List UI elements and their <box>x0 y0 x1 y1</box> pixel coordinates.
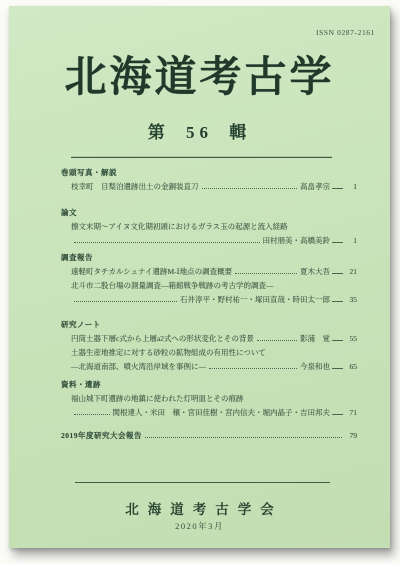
toc-item-authors: 夏木大吾 <box>300 267 330 278</box>
toc-item-title-line: 擦文末期～アイヌ文化期初頭におけるガラス玉の起源と流入経路 <box>61 222 357 233</box>
toc-item-authors-line: 関根達人・米田 穣・宮田佳樹・宮内信夫・堀内晶子・吉田邦夫 71 <box>61 408 357 419</box>
section-heading: 研究ノート <box>61 320 357 331</box>
toc-section-frontispiece: 巻頭写真・解説 枝幸町 目梨泊遺跡出土の金銅装直刀 高畠孝宗 1 <box>61 168 357 192</box>
toc-item-authors: 高畠孝宗 <box>300 182 330 193</box>
dot-leader <box>209 368 297 369</box>
issn-label: ISSN 0287-2161 <box>316 28 375 37</box>
top-divider <box>71 156 332 158</box>
dot-leader <box>145 437 342 438</box>
journal-title: 北海道考古学 <box>9 44 390 104</box>
dash-leader <box>332 188 343 189</box>
table-of-contents: 巻頭写真・解説 枝幸町 目梨泊遺跡出土の金銅装直刀 高畠孝宗 1 論文 擦文末期… <box>61 164 357 445</box>
dash-leader <box>332 273 343 274</box>
toc-item-authors-line: 石井淳平・野村祐一・塚田直哉・時田太一郎 35 <box>61 295 357 306</box>
toc-item-title: 擦文末期～アイヌ文化期初頭におけるガラス玉の起源と流入経路 <box>71 222 288 233</box>
toc-section-survey-reports: 調査報告 遠軽町タチカルシュナイ遺跡M-Ⅰ地点の調査概要 夏木大吾 21 北斗市… <box>61 253 357 305</box>
toc-item-authors: 田村朋美・高橋美鈴 <box>263 236 331 247</box>
toc-section-papers: 論文 擦文末期～アイヌ文化期初頭におけるガラス玉の起源と流入経路 田村朋美・高橋… <box>61 208 357 246</box>
toc-item-subtitle: ―北海道南部、噴火湾沿岸域を事例に― <box>71 362 206 373</box>
toc-item-page: 65 <box>345 362 357 373</box>
journal-cover: ISSN 0287-2161 北海道考古学 第 56 輯 巻頭写真・解説 枝幸町… <box>9 6 390 548</box>
dot-leader <box>235 273 297 274</box>
toc-item-page: 1 <box>345 236 357 247</box>
dash-leader <box>332 242 343 243</box>
toc-item-subtitle-line: ―北海道南部、噴火湾沿岸域を事例に― 今泉和也 65 <box>61 362 357 373</box>
dot-leader <box>74 242 260 243</box>
toc-section-research-notes: 研究ノート 円筒土器下層c式から上層a2式への形状変化とその背景 影浦 覚 55… <box>61 320 357 372</box>
toc-section-materials-sites: 資料・遺跡 福山城下町遺跡の地鎮に使われた灯明皿とその痕跡 関根達人・米田 穣・… <box>61 380 357 418</box>
publish-date: 2020年3月 <box>9 520 390 532</box>
dash-leader <box>332 368 343 369</box>
section-heading: 論文 <box>61 208 357 219</box>
toc-item: 2019年度研究大会報告 79 <box>61 431 357 442</box>
toc-item-title: 遠軽町タチカルシュナイ遺跡M-Ⅰ地点の調査概要 <box>71 267 232 278</box>
toc-item-title-line: 福山城下町遺跡の地鎮に使われた灯明皿とその痕跡 <box>61 394 357 405</box>
toc-item-title: 円筒土器下層c式から上層a2式への形状変化とその背景 <box>71 334 254 345</box>
bottom-divider <box>75 482 330 483</box>
toc-section-annual-meeting-report: 2019年度研究大会報告 79 <box>61 431 357 442</box>
toc-item-title: 枝幸町 目梨泊遺跡出土の金銅装直刀 <box>71 182 199 193</box>
dot-leader <box>202 188 298 189</box>
section-heading: 巻頭写真・解説 <box>61 168 357 179</box>
toc-item-page: 79 <box>345 431 357 442</box>
section-heading: 調査報告 <box>61 253 357 264</box>
toc-item-title-line: 北斗市二股台場の測量調査―箱館戦争戦跡の考古学的調査― <box>61 281 357 292</box>
volume-label: 第 56 輯 <box>9 118 390 143</box>
dot-leader <box>257 340 297 341</box>
toc-item-page: 35 <box>345 295 357 306</box>
dash-leader <box>332 414 343 415</box>
toc-item-authors: 今泉和也 <box>300 362 330 373</box>
toc-item-page: 71 <box>345 408 357 419</box>
dash-leader <box>332 301 343 302</box>
section-heading: 資料・遺跡 <box>61 380 357 391</box>
toc-item-authors-line: 田村朋美・高橋美鈴 1 <box>61 236 357 247</box>
toc-item-title: 2019年度研究大会報告 <box>61 431 142 442</box>
toc-item: 枝幸町 目梨泊遺跡出土の金銅装直刀 高畠孝宗 1 <box>61 182 357 193</box>
dash-leader <box>332 340 343 341</box>
toc-item: 円筒土器下層c式から上層a2式への形状変化とその背景 影浦 覚 55 <box>61 334 357 345</box>
dot-leader <box>74 414 110 415</box>
dot-leader <box>74 301 177 302</box>
toc-item-page: 1 <box>345 182 357 193</box>
publisher-name: 北海道考古学会 <box>9 498 390 518</box>
toc-item-page: 55 <box>345 334 357 345</box>
toc-item-authors: 石井淳平・野村祐一・塚田直哉・時田太一郎 <box>180 295 330 306</box>
toc-item-title: 北斗市二股台場の測量調査―箱館戦争戦跡の考古学的調査― <box>71 281 274 292</box>
toc-item-title-line: 土器生産地推定に対する砂粒の鉱物組成の有用性について <box>61 348 357 359</box>
toc-item-authors: 関根達人・米田 穣・宮田佳樹・宮内信夫・堀内晶子・吉田邦夫 <box>113 408 331 419</box>
toc-item-title: 福山城下町遺跡の地鎮に使われた灯明皿とその痕跡 <box>71 394 244 405</box>
toc-item-page: 21 <box>345 267 357 278</box>
toc-item-authors: 影浦 覚 <box>300 334 330 345</box>
toc-item: 遠軽町タチカルシュナイ遺跡M-Ⅰ地点の調査概要 夏木大吾 21 <box>61 267 357 278</box>
toc-item-title: 土器生産地推定に対する砂粒の鉱物組成の有用性について <box>71 348 266 359</box>
